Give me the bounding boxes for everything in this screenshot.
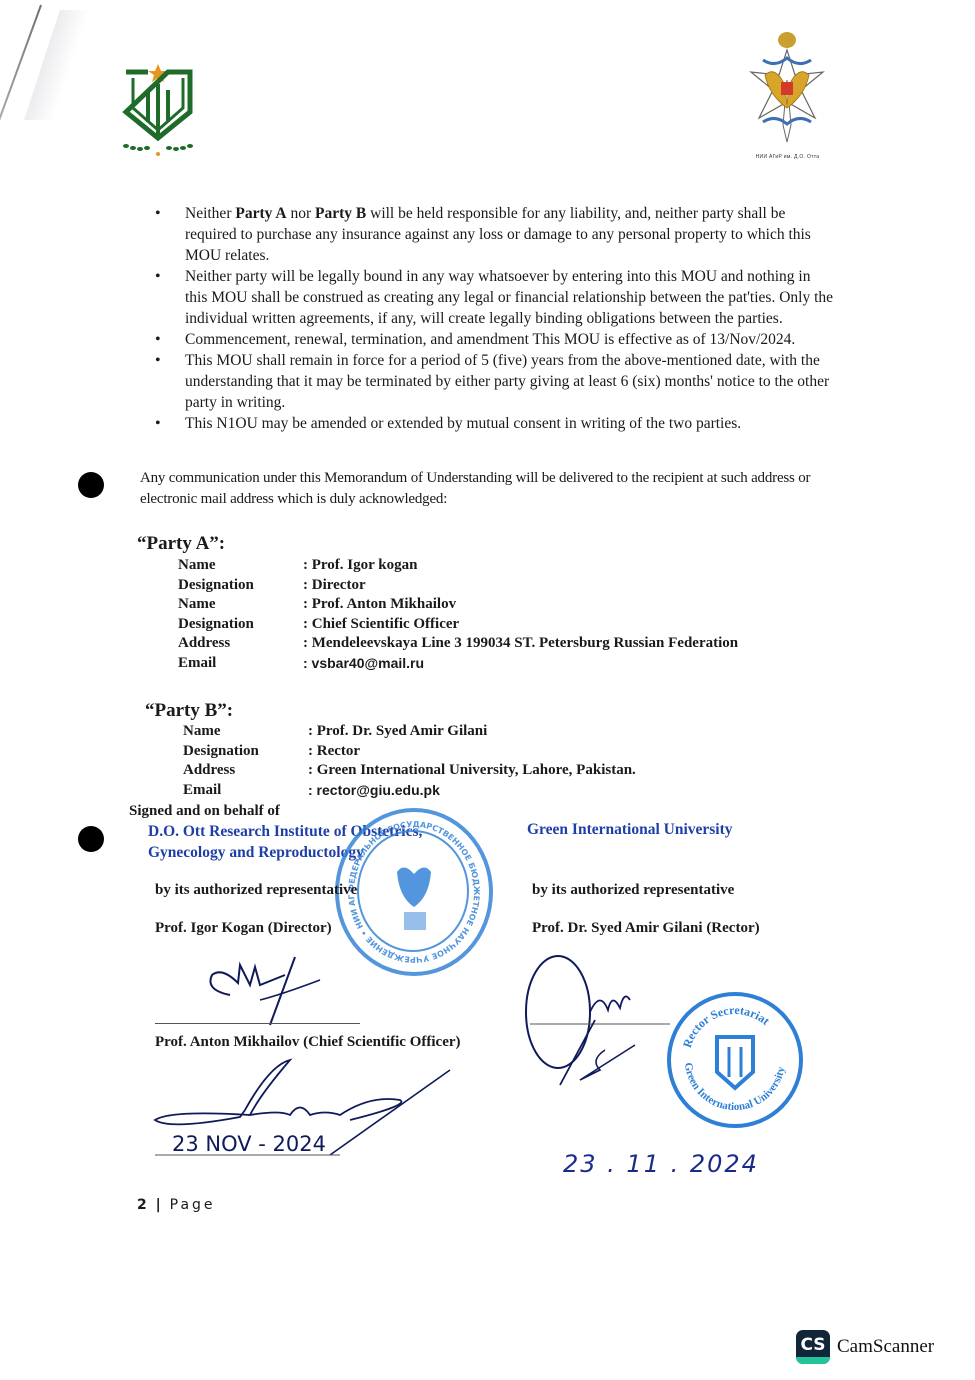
left-rep-label: by its authorized representative (155, 882, 357, 899)
clause-item: Neither Party A nor Party B will be held… (155, 203, 835, 266)
communication-paragraph: Any communication under this Memorandum … (140, 468, 840, 510)
party-a-details: Name: Prof. Igor kogan Designation: Dire… (178, 556, 738, 673)
detail-row: Designation: Rector (183, 742, 636, 762)
camscanner-watermark: CS CamScanner (796, 1330, 934, 1364)
detail-row: Name: Prof. Igor kogan (178, 556, 738, 576)
page-label: Page (170, 1197, 216, 1213)
kogan-signature (200, 955, 360, 1030)
clause-item: This MOU shall remain in force for a per… (155, 350, 835, 413)
detail-row: Name: Prof. Anton Mikhailov (178, 595, 738, 615)
detail-row: Address: Mendeleevskaya Line 3 199034 ST… (178, 634, 738, 654)
left-signer-director: Prof. Igor Kogan (Director) (155, 920, 332, 937)
page-number-value: 2 (137, 1197, 149, 1213)
svg-text:Rector Secretariat: Rector Secretariat (680, 1003, 773, 1050)
giu-rector-secretariat-stamp: Rector Secretariat Green International U… (667, 992, 803, 1128)
giu-shield-logo (118, 60, 198, 160)
signed-on-behalf-label: Signed and on behalf of (129, 803, 280, 820)
party-b-title: “Party B”: (145, 700, 233, 722)
right-signer-rector: Prof. Dr. Syed Amir Gilani (Rector) (532, 920, 760, 937)
punch-hole-dot (78, 472, 104, 498)
detail-row: Designation: Chief Scientific Officer (178, 615, 738, 635)
emblem-caption: НИИ АГиР им. Д.О. Отта (735, 154, 840, 160)
signature-line (155, 1023, 360, 1024)
right-handwritten-date: 23 . 11 . 2024 (563, 1150, 759, 1178)
detail-row: Email: vsbar40@mail.ru (178, 654, 738, 674)
party-b-details: Name: Prof. Dr. Syed Amir Gilani Designa… (183, 722, 636, 800)
right-rep-label: by its authorized representative (532, 882, 734, 899)
page-number: 2 | Page (137, 1197, 216, 1213)
camscanner-label: CamScanner (837, 1336, 934, 1358)
mou-clauses-list: Neither Party A nor Party B will be held… (155, 203, 835, 434)
clause-item: This N1OU may be amended or extended by … (155, 413, 835, 434)
party-a-title: “Party A”: (137, 533, 225, 555)
ott-institute-emblem: НИИ АГиР им. Д.О. Отта (735, 30, 840, 160)
clause-item: Neither party will be legally bound in a… (155, 266, 835, 329)
left-signer-cso: Prof. Anton Mikhailov (Chief Scientific … (155, 1034, 461, 1051)
gilani-signature (520, 950, 670, 1095)
camscanner-logo-icon: CS (796, 1330, 830, 1364)
detail-row: Name: Prof. Dr. Syed Amir Gilani (183, 722, 636, 742)
punch-hole-dot (78, 826, 104, 852)
detail-row: Designation: Director (178, 576, 738, 596)
giu-name: Green International University (527, 819, 733, 840)
detail-row: Address: Green International University,… (183, 761, 636, 781)
ott-institute-round-stamp: ФЕДЕРАЛЬНОЕ ГОСУДАРСТВЕННОЕ БЮДЖЕТНОЕ НА… (335, 808, 493, 976)
clause-item: Commencement, renewal, termination, and … (155, 329, 835, 350)
left-handwritten-date: 23 NOV - 2024 (172, 1132, 326, 1156)
detail-row: Email: rector@giu.edu.pk (183, 781, 636, 801)
